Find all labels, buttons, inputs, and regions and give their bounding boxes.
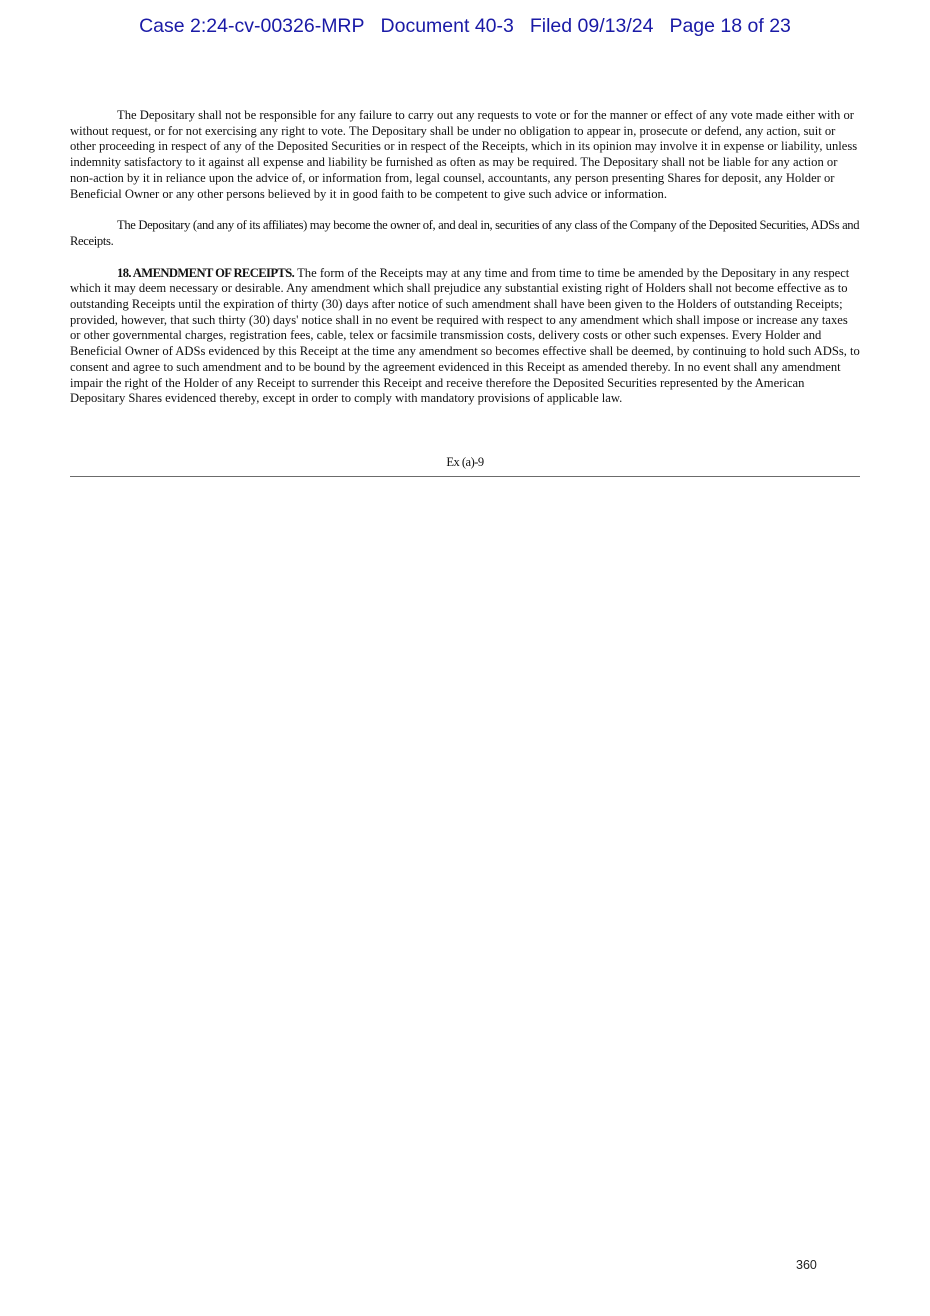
paragraph-text: The form of the Receipts may at any time…	[70, 266, 860, 406]
page-divider	[70, 476, 860, 477]
page-number: 360	[796, 1258, 817, 1272]
paragraph-text: The Depositary shall not be responsible …	[70, 108, 857, 201]
paragraph-text: The Depositary (and any of its affiliate…	[70, 218, 859, 248]
document-number: Document 40-3	[381, 15, 514, 37]
exhibit-label: Ex (a)-9	[0, 455, 930, 470]
section-heading: 18. AMENDMENT OF RECEIPTS.	[117, 266, 294, 280]
document-body: The Depositary shall not be responsible …	[70, 108, 860, 423]
paragraph-amendment-of-receipts: 18. AMENDMENT OF RECEIPTS. The form of t…	[70, 266, 860, 407]
paragraph-depositary-ownership: The Depositary (and any of its affiliate…	[70, 218, 860, 249]
filed-date: Filed 09/13/24	[530, 15, 654, 37]
case-number: Case 2:24-cv-00326-MRP	[139, 15, 364, 37]
paragraph-voting-liability: The Depositary shall not be responsible …	[70, 108, 860, 202]
page-of-total: Page 18 of 23	[669, 15, 790, 37]
court-filing-header: Case 2:24-cv-00326-MRPDocument 40-3Filed…	[0, 15, 930, 38]
